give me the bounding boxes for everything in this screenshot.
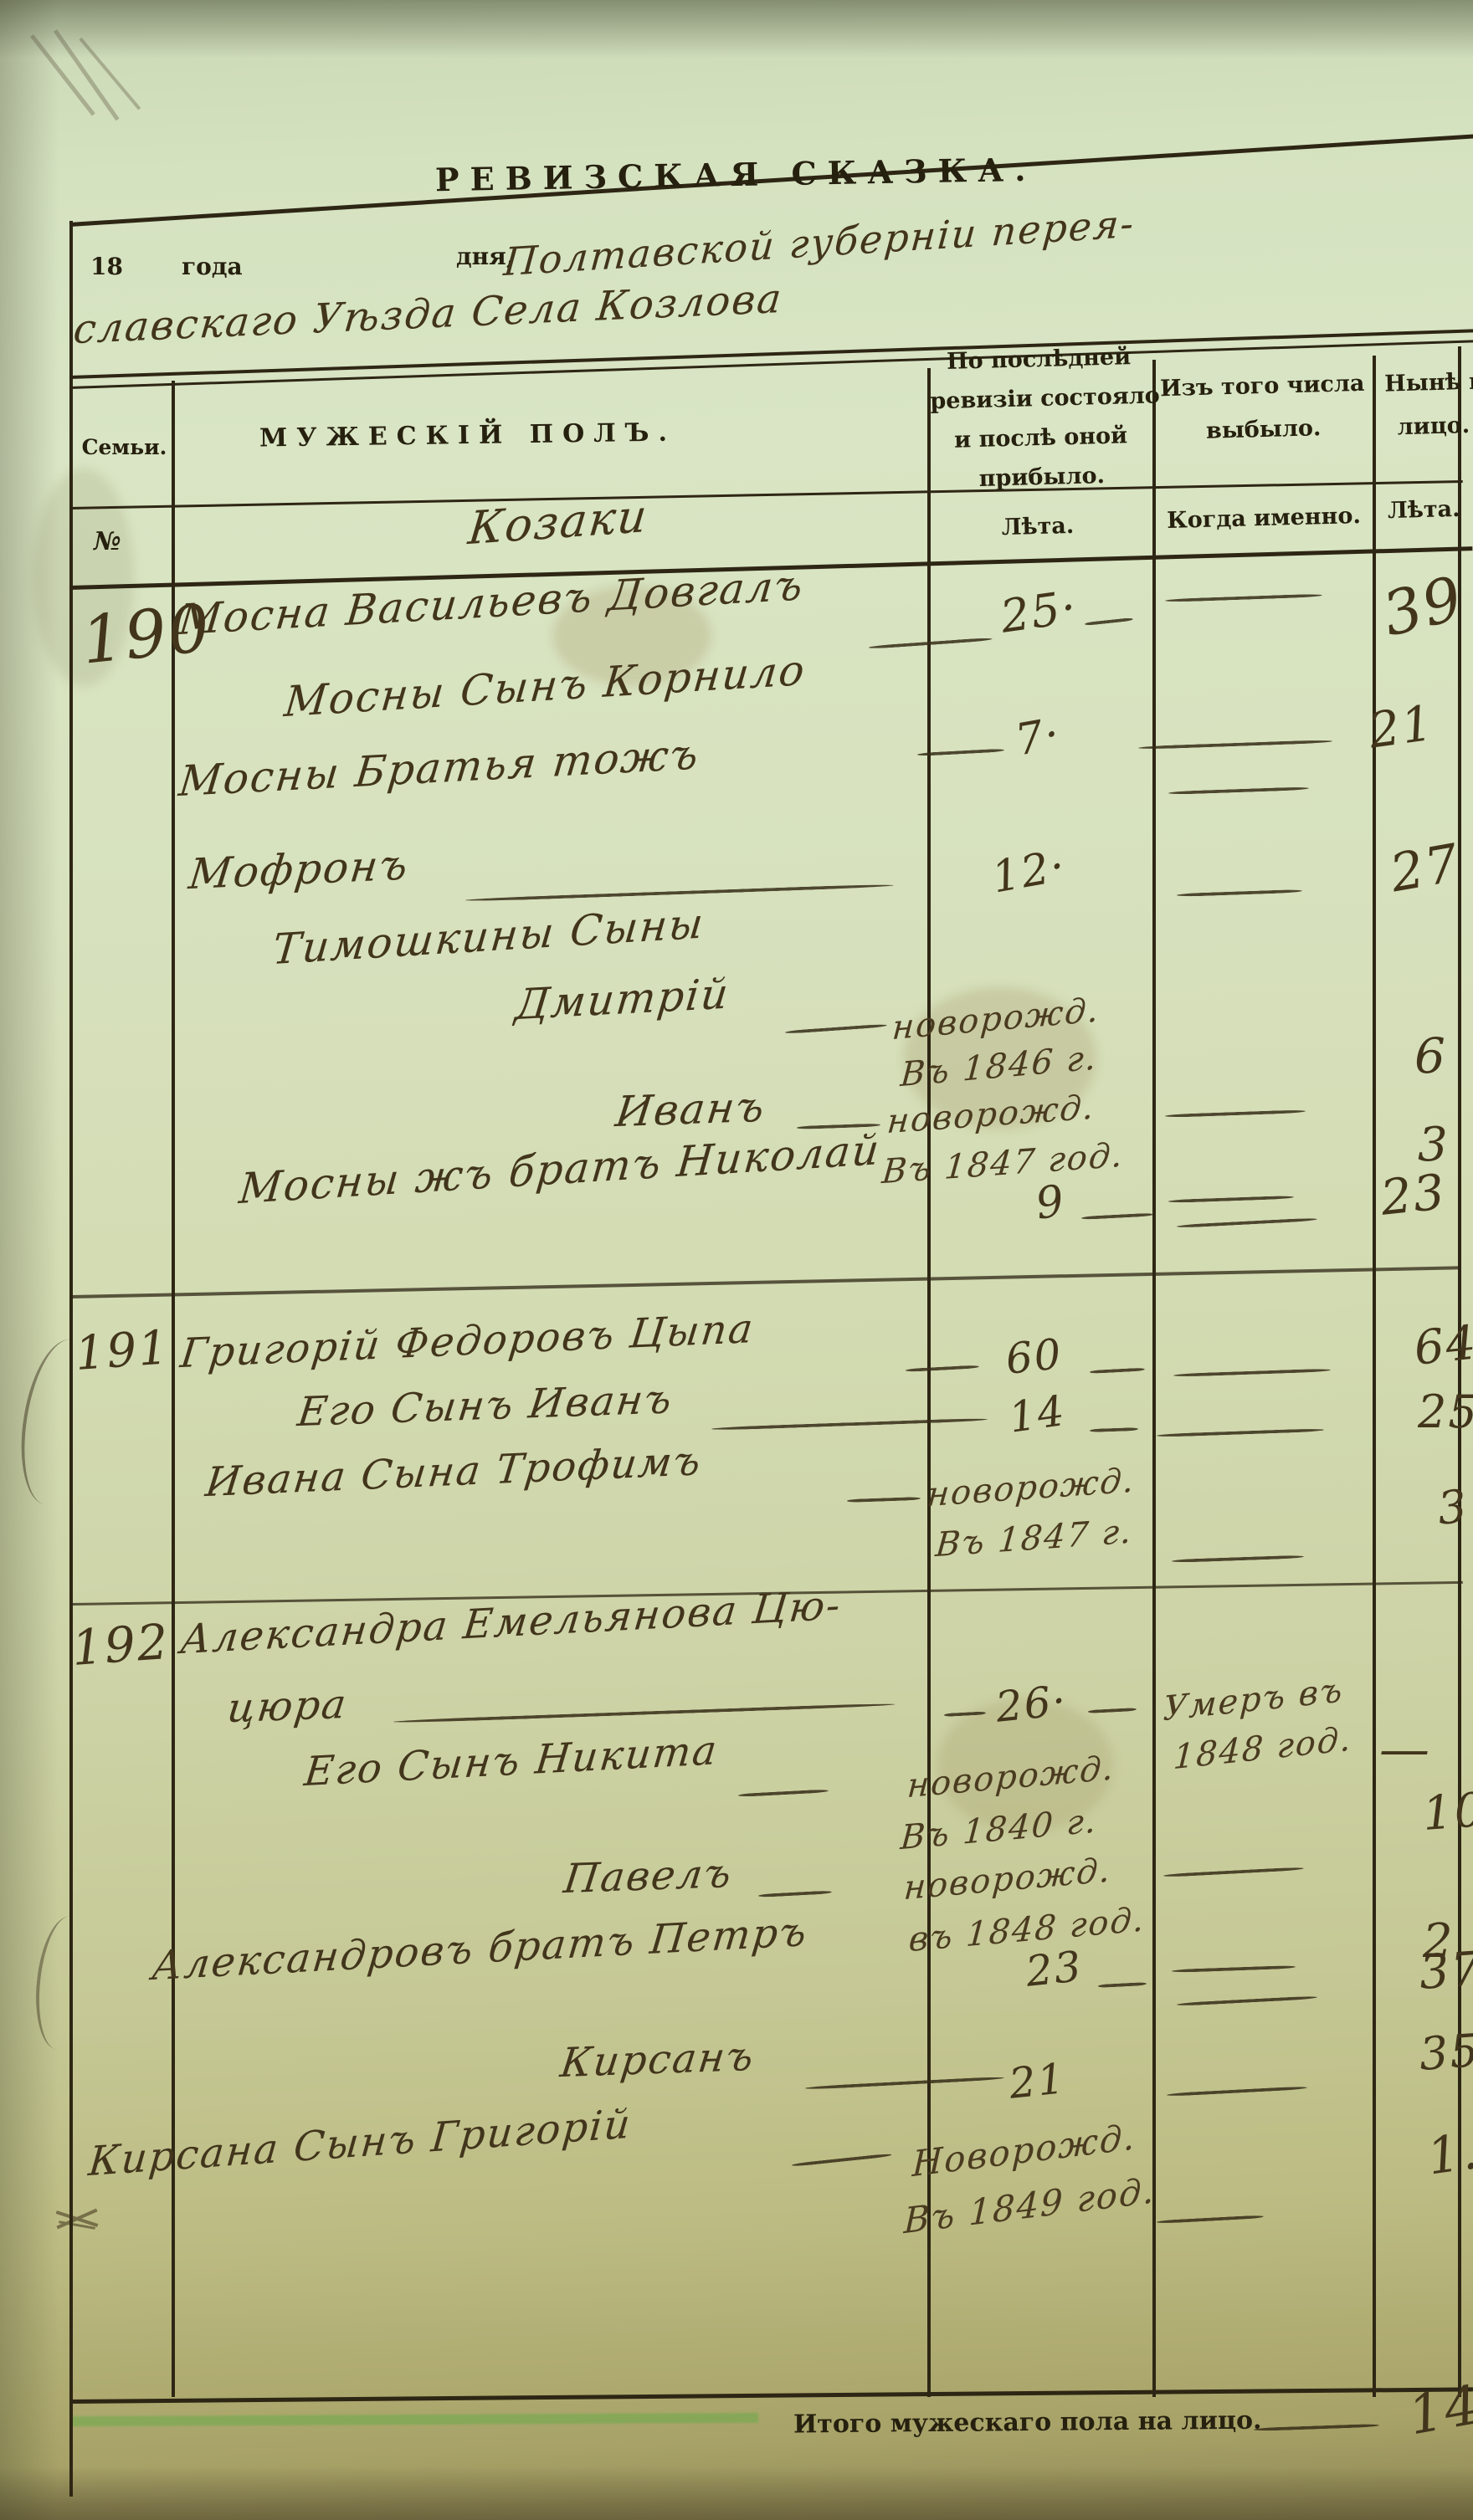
entry-name: Тимошкины Сыны xyxy=(270,899,706,974)
entry-name: Кирсанъ xyxy=(558,2033,758,2087)
left-border xyxy=(69,221,73,2497)
age-last-revision: 12· xyxy=(988,841,1070,903)
age-last-revision: 60 xyxy=(1003,1329,1065,1384)
entry-name: Александра Емельянова Цю- xyxy=(178,1581,844,1663)
column-header-last-revision-l3: и послѣ оной xyxy=(931,416,1151,461)
ink-dash xyxy=(465,884,894,902)
location-script-line1: Полтавской губерніи перея- xyxy=(502,201,1137,284)
age-now: 21 xyxy=(1365,694,1438,760)
age-now: 39 xyxy=(1376,562,1470,650)
departed-dash xyxy=(1173,1368,1331,1377)
subheader-years-now: Лѣта. xyxy=(1388,496,1460,524)
ink-dash xyxy=(738,1789,829,1797)
family-number-symbol: № xyxy=(94,527,121,556)
ink-dash xyxy=(1090,1368,1145,1374)
ink-dash xyxy=(847,1497,921,1503)
column-header-departed: Изъ того числа выбыло. xyxy=(1154,362,1373,455)
age-last-revision: 7· xyxy=(1012,709,1065,766)
column-header-male-sex: МУЖЕСКІЙ ПОЛЪ. xyxy=(259,418,676,453)
column-line-departed xyxy=(1373,356,1376,2397)
departed-dash xyxy=(1177,1995,1317,2006)
departed-dash xyxy=(1167,2086,1307,2097)
footer-total-label: Итого мужескаго пола на лицо. xyxy=(793,2406,1262,2440)
subheader-years-last: Лѣта. xyxy=(946,511,1131,542)
footer-total-dash xyxy=(1254,2424,1379,2431)
column-header-present-l1: Нынѣ на xyxy=(1384,360,1473,406)
family-number: 192 xyxy=(70,1613,172,1677)
location-script-line2: славскаго Уѣзда Села Козлова xyxy=(71,275,785,353)
age-now: — xyxy=(1379,1720,1431,1779)
entry-name: Ивана Сына Трофимъ xyxy=(203,1437,705,1506)
year-prefix: 18 xyxy=(90,253,123,280)
age-now: 64 xyxy=(1412,1315,1473,1376)
footer-total-value: 14 xyxy=(1404,2374,1473,2448)
age-now: 37 xyxy=(1418,1942,1473,2000)
birth-note-line1: новорожд. xyxy=(902,1851,1112,1908)
column-header-last-revision: По послѣдней ревизіи состояло и послѣ он… xyxy=(929,337,1152,500)
entry-name: Мосны Сынъ Корнило xyxy=(282,646,808,727)
age-last-revision: 25· xyxy=(998,581,1081,643)
entry-name: Павелъ xyxy=(562,1850,736,1903)
column-header-last-revision-l1: По послѣдней xyxy=(929,337,1149,382)
departed-note-line1: Умеръ въ xyxy=(1162,1671,1345,1729)
entry-name: Его Сынъ Никита xyxy=(302,1727,721,1795)
birth-note-line1: Новорожд. xyxy=(911,2116,1137,2185)
column-line-names xyxy=(927,368,931,2397)
age-now: 23 xyxy=(1378,1163,1448,1227)
entry-name: Мофронъ xyxy=(187,840,412,899)
ink-dash xyxy=(785,1023,887,1034)
ink-dash xyxy=(1085,617,1133,626)
ink-dash xyxy=(805,2077,1004,2090)
age-last-revision: 14 xyxy=(1006,1386,1069,1442)
departed-dash xyxy=(1163,1867,1304,1877)
entry-name-continued: цюра xyxy=(225,1681,351,1732)
age-now: 25 xyxy=(1418,1385,1473,1438)
entry-name: Дмитрій xyxy=(513,969,732,1029)
departed-dash xyxy=(1177,889,1302,897)
ink-dash xyxy=(906,1365,979,1372)
birth-note-line1: новорожд. xyxy=(926,1461,1137,1514)
smudge-x-mark xyxy=(55,2205,99,2234)
family-number: 191 xyxy=(74,1320,172,1381)
column-header-family: Семьи. xyxy=(80,435,168,459)
age-now: 35 xyxy=(1418,2024,1473,2081)
ink-dash xyxy=(1157,2215,1264,2224)
document-title: РЕВИЗСКАЯ СКАЗКА. xyxy=(435,151,1037,199)
departed-dash xyxy=(1177,1217,1317,1228)
ink-dash xyxy=(758,1890,832,1898)
departed-dash xyxy=(1138,740,1332,750)
age-last-revision: 23 xyxy=(1024,1942,1085,1996)
age-now: 10 xyxy=(1421,1783,1473,1841)
page-top-shadow xyxy=(0,0,1473,59)
age-last-revision: 9 xyxy=(1033,1175,1069,1229)
column-line-family xyxy=(172,381,175,2397)
column-header-last-revision-l2: ревизіи состояло xyxy=(930,376,1150,422)
departed-dash xyxy=(1157,1428,1324,1437)
ink-dash xyxy=(1088,1708,1137,1713)
column-header-present: Нынѣ на лицо. xyxy=(1384,360,1473,449)
departed-dash xyxy=(1172,1555,1304,1563)
subheader-when-exactly: Когда именно. xyxy=(1162,503,1367,534)
age-last-revision: 26· xyxy=(993,1676,1070,1732)
ink-dash xyxy=(1081,1213,1153,1220)
age-now: 27 xyxy=(1386,832,1465,904)
entry-name: Кирсана Сынъ Григорій xyxy=(87,2100,634,2185)
entry-name: Его Сынъ Иванъ xyxy=(295,1375,676,1436)
age-last-revision: 21 xyxy=(1007,2054,1068,2108)
entry-name: Иванъ xyxy=(613,1083,768,1137)
ink-dash xyxy=(1090,1427,1138,1432)
entry-name: Григорій Федоровъ Цыпа xyxy=(178,1305,757,1377)
departed-note-line2: 1848 год. xyxy=(1173,1719,1353,1777)
ink-dash xyxy=(711,1417,988,1431)
revision-list-scan-page: { "page": { "title": "РЕВИЗСКАЯ СКАЗКА."… xyxy=(0,0,1473,2520)
green-artifact-line xyxy=(72,2413,758,2426)
age-now: 3 xyxy=(1435,1479,1471,1534)
departed-dash xyxy=(1165,1109,1306,1118)
age-now: 6 xyxy=(1414,1027,1447,1084)
column-header-present-l2: лицо. xyxy=(1385,403,1473,449)
year-word: года xyxy=(182,253,243,280)
column-line-revision xyxy=(1152,360,1156,2397)
family-separator-line xyxy=(72,1266,1461,1298)
departed-dash xyxy=(1168,786,1309,795)
birth-note-line2: Въ 1847 г. xyxy=(934,1512,1135,1565)
column-header-last-revision-l4: прибыло. xyxy=(932,455,1152,500)
departed-dash xyxy=(1172,1965,1296,1973)
footer-total-line xyxy=(69,2387,1473,2404)
ink-dash xyxy=(1098,1982,1147,1988)
departed-dash xyxy=(1168,1196,1294,1203)
entry-name: Мосны Братья тожъ xyxy=(177,730,702,806)
ink-dash xyxy=(393,1703,896,1724)
page-left-edge-shadow xyxy=(0,0,59,2520)
ink-dash xyxy=(792,2153,892,2167)
departed-dash xyxy=(1165,593,1322,602)
birth-note-line1: новорожд. xyxy=(885,1088,1096,1141)
birth-note-line2: Въ 1847 год. xyxy=(880,1136,1126,1192)
column-header-departed-l1: Изъ того числа xyxy=(1154,362,1371,412)
age-now: 1. xyxy=(1424,2122,1473,2187)
page-bottom-edge xyxy=(0,2466,1473,2520)
entry-name: Александровъ братъ Петръ xyxy=(150,1908,810,1990)
column-header-departed-l2: выбыло. xyxy=(1155,406,1372,455)
entry-name: Мосны жъ братъ Николай xyxy=(237,1125,883,1213)
